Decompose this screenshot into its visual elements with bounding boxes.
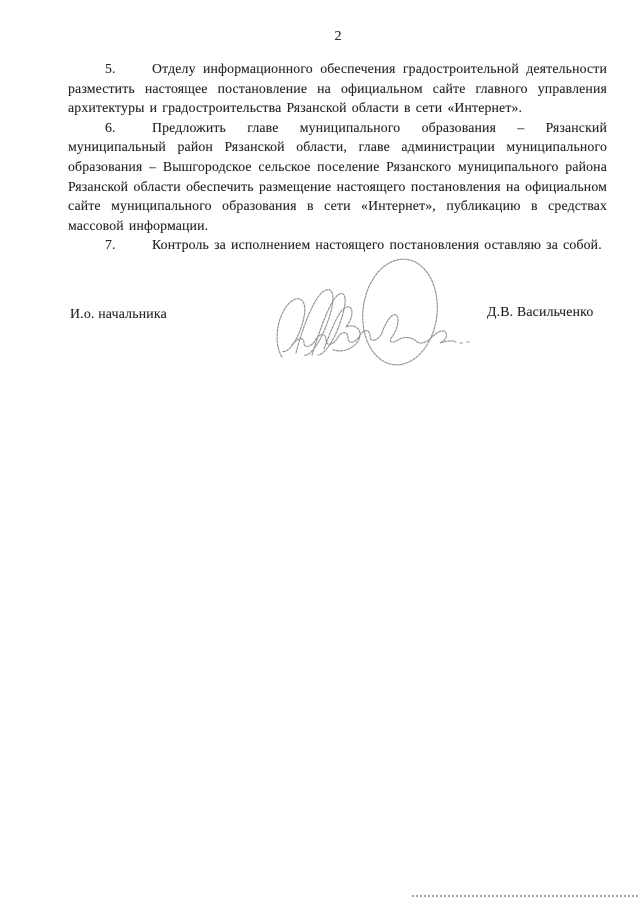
paragraph-number: 7. <box>105 235 152 255</box>
signature-scribble-icon <box>272 237 472 377</box>
document-body: 5.Отделу информационного обеспечения гра… <box>68 59 607 255</box>
page-number: 2 <box>68 29 608 45</box>
signer-title: И.о. начальника <box>70 306 167 322</box>
scan-artifact-line <box>412 895 640 897</box>
paragraph-number: 5. <box>105 59 152 79</box>
paragraph-5: 5.Отделу информационного обеспечения гра… <box>68 59 607 118</box>
document-page: 2 5.Отделу информационного обеспечения г… <box>0 0 640 905</box>
signer-name: Д.В. Васильченко <box>487 304 593 320</box>
paragraph-6: 6.Предложить главе муниципального образо… <box>68 118 607 236</box>
paragraph-number: 6. <box>105 118 152 138</box>
paragraph-text: Предложить главе муниципального образова… <box>68 120 607 233</box>
